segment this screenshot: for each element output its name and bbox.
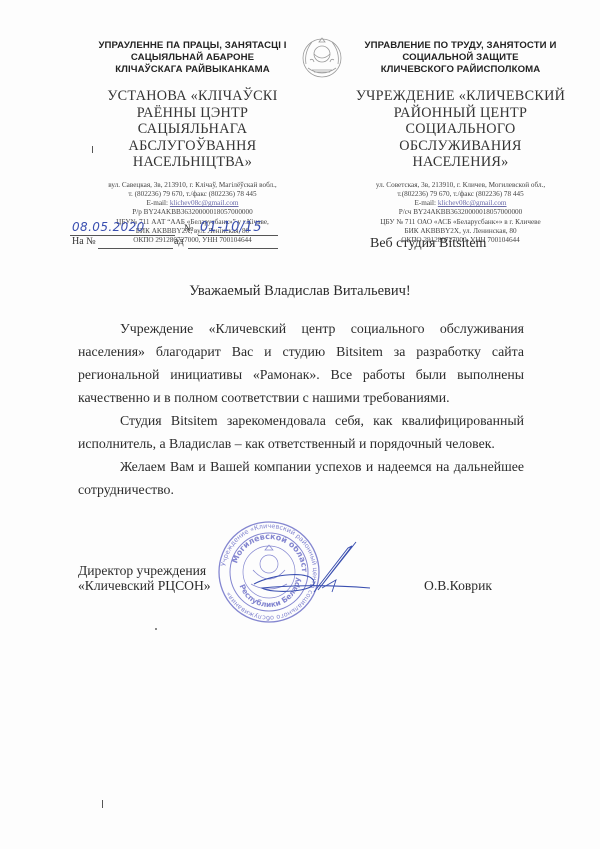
coat-of-arms-icon (300, 34, 344, 80)
handwritten-signature-icon (252, 540, 372, 610)
account-line: Р/сч BY24AKBB36320000018057000000 (348, 208, 573, 217)
letterhead-left: УПРАУЛЕННЕ ПА ПРАЦЫ, ЗАНЯТАСЦІ І САЦЫЯЛЬ… (85, 40, 300, 246)
bank-line: ЦБУ № 711 ОАО «АСБ «Беларусбанк»» в г. К… (348, 218, 573, 227)
ministry-line: УПРАУЛЕННЕ ПА ПРАЦЫ, ЗАНЯТАСЦІ І (85, 40, 300, 52)
body-paragraph-1: Учреждение «Кличевский центр социального… (78, 317, 524, 409)
reply-to-underline (98, 248, 173, 249)
ministry-line: КЛИЧЕВСКОГО РАЙИСПОЛКОМА (348, 64, 573, 76)
ministry-line: УПРАВЛЕНИЕ ПО ТРУДУ, ЗАНЯТОСТИ И (348, 40, 573, 52)
recipient: Веб студия Bitsitem (370, 236, 486, 252)
scan-mark (92, 146, 93, 153)
email-link[interactable]: klichev08c@gmail.com (438, 199, 507, 207)
ministry-name-ru: УПРАВЛЕНИЕ ПО ТРУДУ, ЗАНЯТОСТИ И СОЦИАЛЬ… (348, 40, 573, 76)
institution-line: САЦЫЯЛЬНАГА АБСЛУГОЎВАННЯ (85, 121, 300, 154)
from-underline (188, 248, 278, 249)
handwritten-date: 08.05.2020 (72, 220, 145, 234)
phone-line: т. (802236) 79 670, т./факс (802236) 78 … (85, 190, 300, 199)
signatory-title-line: Директор учреждения (78, 563, 211, 578)
letter-body: Учреждение «Кличевский центр социального… (78, 317, 524, 501)
address-line: вул. Савецкая, 3в, 213910, г. Клічаў, Ма… (85, 181, 300, 190)
institution-line: РАЁННЫ ЦЭНТР (85, 105, 300, 122)
number-underline (198, 235, 278, 236)
email-line: E-mail: klichev08c@gmail.com (348, 199, 573, 208)
reference-block: 08.05.2020 № 01-10/15 На № ад (70, 220, 290, 260)
account-line: P/p BY24AKBB36320000018057000000 (85, 208, 300, 217)
handwritten-number: 01-10/15 (200, 220, 262, 235)
email-line: E-mail: klichev08c@gmail.com (85, 199, 300, 208)
institution-line: УЧРЕЖДЕНИЕ «КЛИЧЕВСКИЙ (348, 88, 573, 105)
ministry-name-by: УПРАУЛЕННЕ ПА ПРАЦЫ, ЗАНЯТАСЦІ І САЦЫЯЛЬ… (85, 40, 300, 76)
letterhead-right: УПРАВЛЕНИЕ ПО ТРУДУ, ЗАНЯТОСТИ И СОЦИАЛЬ… (348, 40, 573, 246)
signatory-name: О.В.Коврик (424, 578, 492, 593)
reply-to-label: На № (72, 236, 96, 247)
number-label: № (184, 223, 194, 234)
institution-name-by: УСТАНОВА «КЛІЧАЎСКІ РАЁННЫ ЦЭНТР САЦЫЯЛЬ… (85, 88, 300, 171)
signatory-org-line: «Кличевский РЦСОН» (78, 578, 211, 593)
bic-line: БИК AKBBBY2X, ул. Ленинская, 80 (348, 227, 573, 236)
phone-line: т.(802236) 79 670, т./факс (802236) 78 4… (348, 190, 573, 199)
institution-line: СОЦИАЛЬНОГО ОБСЛУЖИВАНИЯ (348, 121, 573, 154)
signatory-title: Директор учреждения «Кличевский РЦСОН» (78, 563, 211, 593)
scan-dot (155, 628, 157, 630)
email-label: E-mail: (414, 199, 436, 207)
ministry-line: КЛІЧАЎСКАГА РАЙВЫКАНКАМА (85, 64, 300, 76)
scan-mark (102, 800, 103, 808)
from-label: ад (174, 236, 184, 247)
body-paragraph-2: Студия Bitsitem зарекомендовала себя, ка… (78, 409, 524, 455)
body-paragraph-3: Желаем Вам и Вашей компании успехов и на… (78, 455, 524, 501)
institution-name-ru: УЧРЕЖДЕНИЕ «КЛИЧЕВСКИЙ РАЙОННЫЙ ЦЕНТР СО… (348, 88, 573, 171)
email-link[interactable]: klichev08c@gmail.com (170, 199, 239, 207)
institution-line: НАСЕЛЬНІЦТВА» (85, 154, 300, 171)
ministry-line: САЦЫЯЛЬНАЙ АБАРОНЕ (85, 52, 300, 64)
ministry-line: СОЦИАЛЬНОЙ ЗАЩИТЕ (348, 52, 573, 64)
institution-line: УСТАНОВА «КЛІЧАЎСКІ (85, 88, 300, 105)
address-line: ул. Советская, 3в, 213910, г. Кличев, Мо… (348, 181, 573, 190)
email-label: E-mail: (146, 199, 168, 207)
institution-line: РАЙОННЫЙ ЦЕНТР (348, 105, 573, 122)
salutation: Уважаемый Владислав Витальевич! (0, 283, 600, 300)
institution-line: НАСЕЛЕНИЯ» (348, 154, 573, 171)
